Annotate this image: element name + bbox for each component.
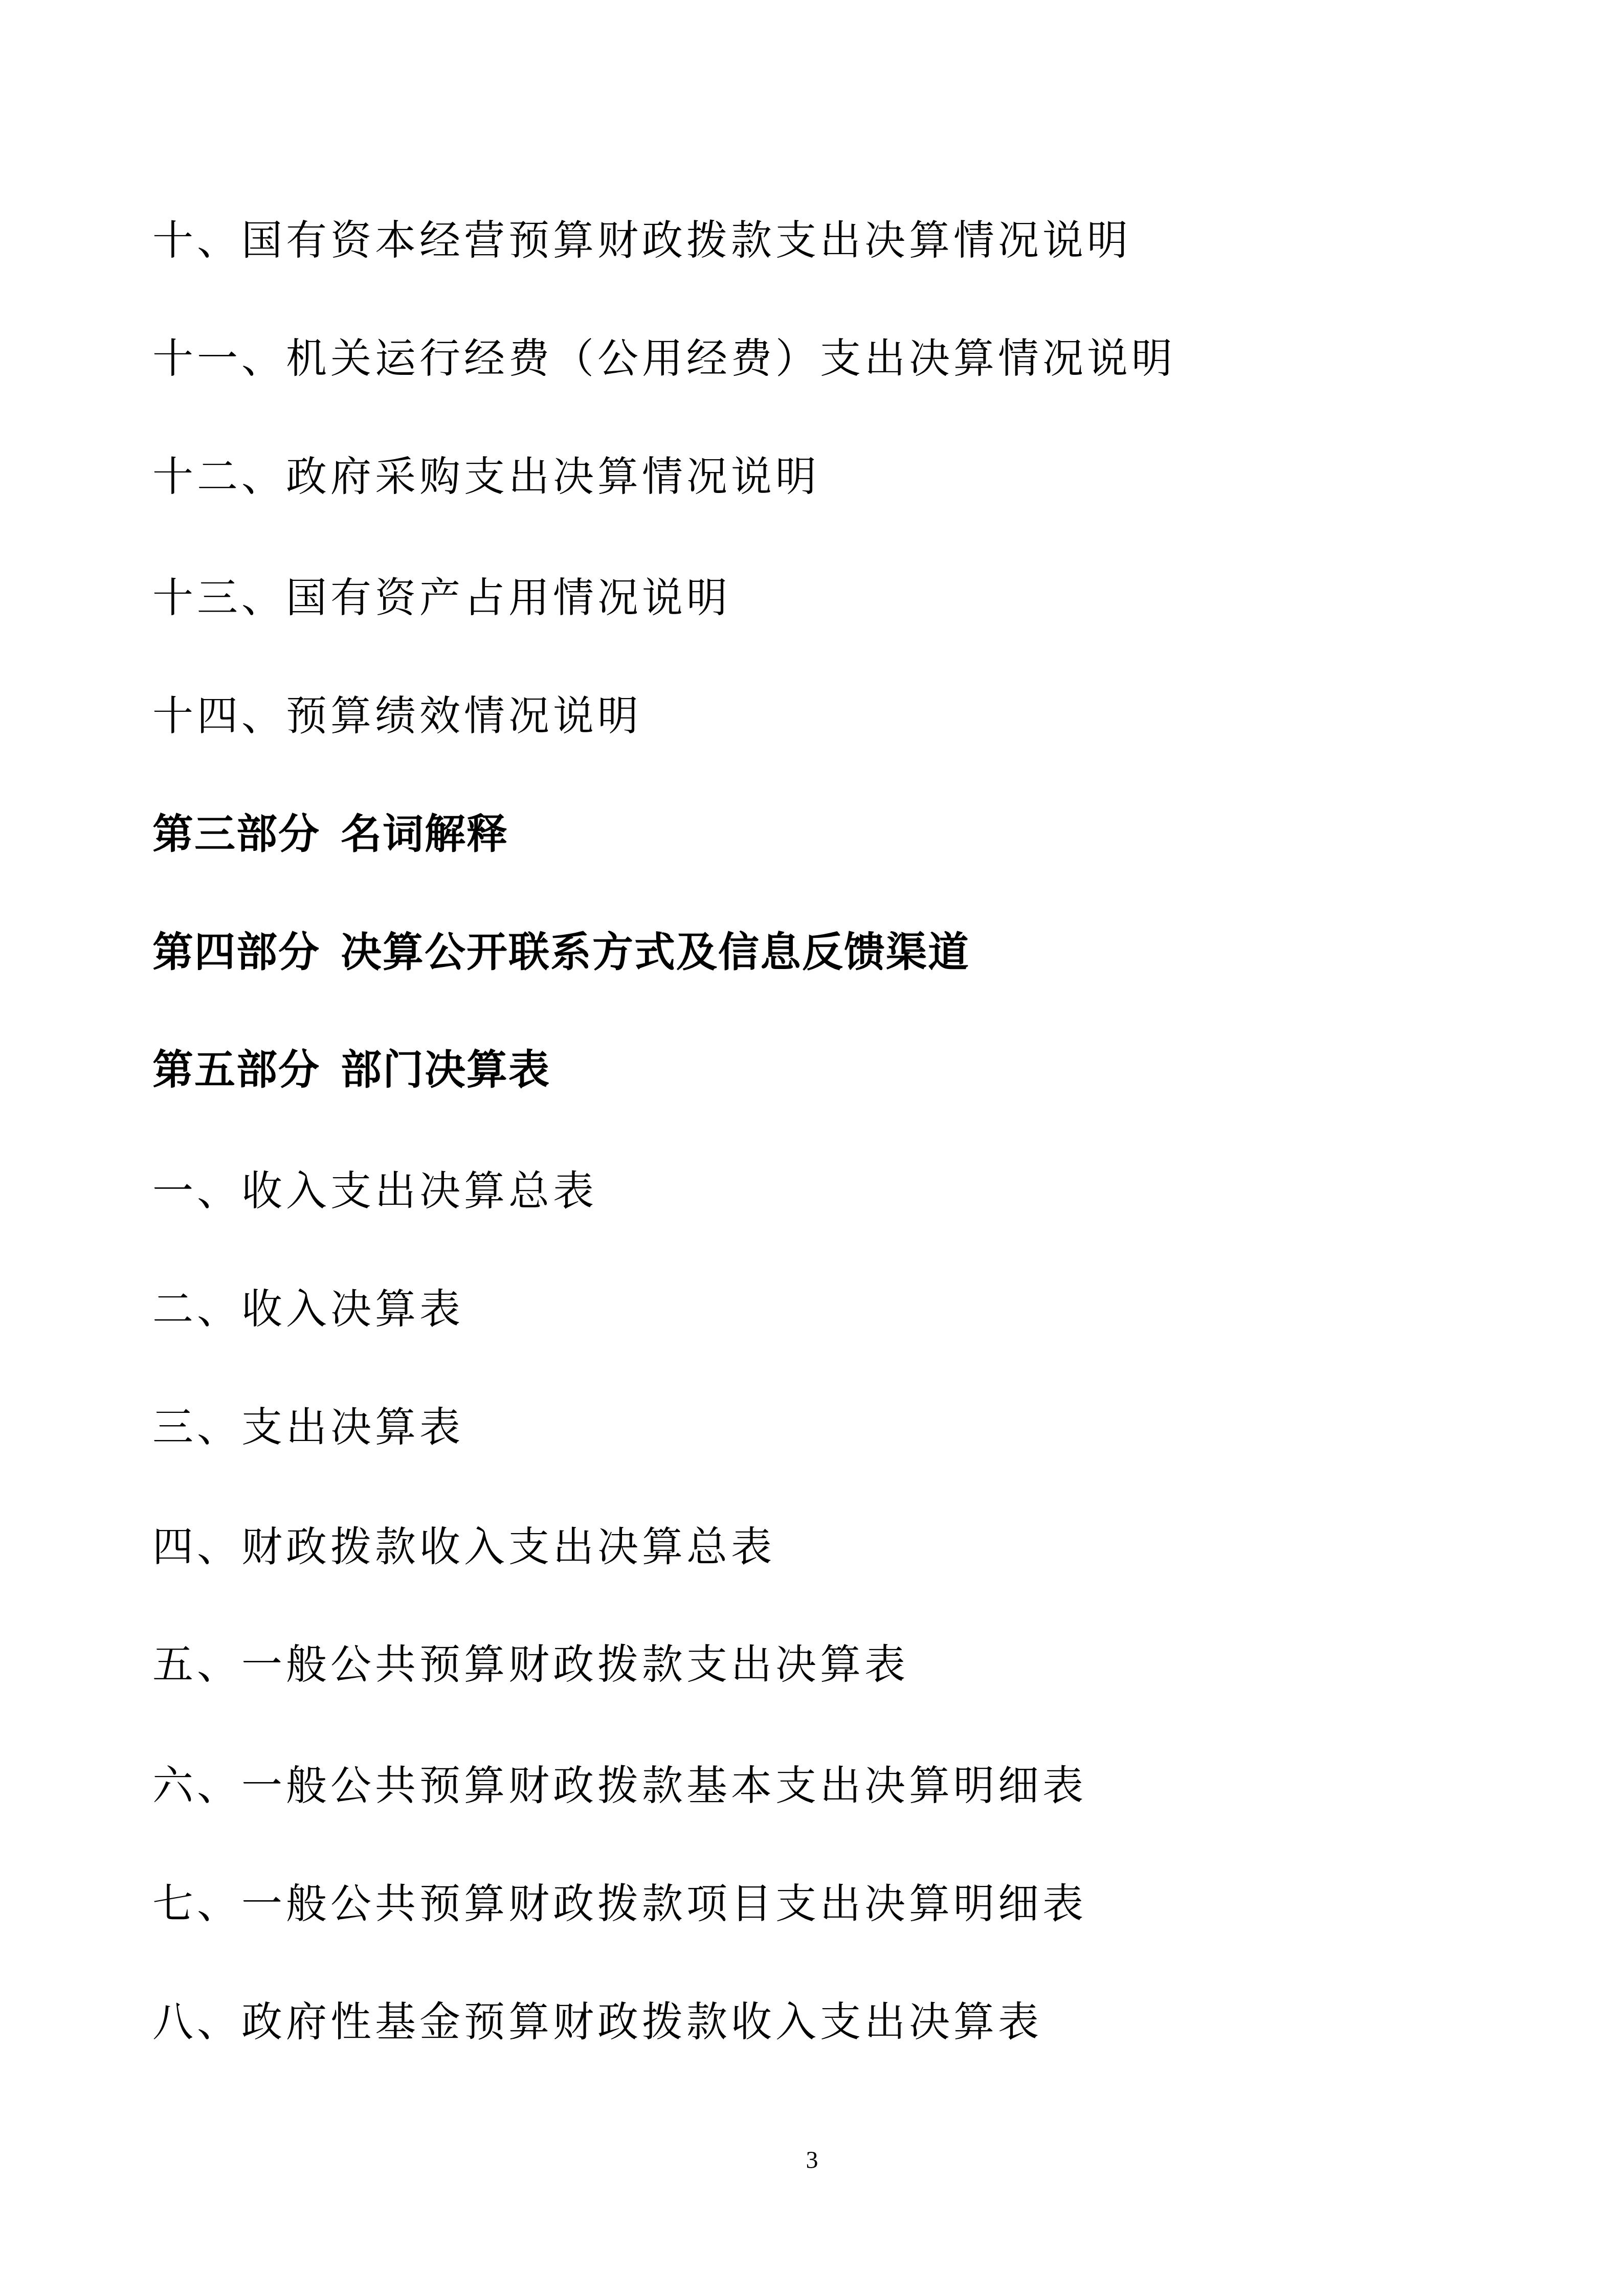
toc-item-income-expenditure-summary[interactable]: 一、收入支出决算总表 (152, 1165, 597, 1217)
toc-item-operating-expenses[interactable]: 十一、机关运行经费（公用经费）支出决算情况说明 (152, 333, 1176, 384)
toc-heading-part-four[interactable]: 第四部分决算公开联系方式及信息反馈渠道 (152, 927, 970, 978)
toc-item-expenditure-table[interactable]: 三、支出决算表 (152, 1402, 464, 1453)
part-label: 第三部分 (152, 808, 320, 860)
part-label: 第四部分 (152, 927, 320, 978)
document-page: 十、国有资本经营预算财政拨款支出决算情况说明 十一、机关运行经费（公用经费）支出… (0, 0, 1624, 2296)
toc-item-general-budget-expenditure[interactable]: 五、一般公共预算财政拨款支出决算表 (152, 1639, 909, 1690)
toc-item-government-fund-budget[interactable]: 八、政府性基金预算财政拨款收入支出决算表 (152, 1996, 1042, 2047)
toc-item-state-capital-budget[interactable]: 十、国有资本经营预算财政拨款支出决算情况说明 (152, 215, 1131, 266)
toc-item-project-expenditure-detail[interactable]: 七、一般公共预算财政拨款项目支出决算明细表 (152, 1878, 1087, 1929)
toc-item-income-table[interactable]: 二、收入决算表 (152, 1284, 464, 1335)
part-label: 第五部分 (152, 1044, 320, 1095)
part-title: 决算公开联系方式及信息反馈渠道 (341, 928, 970, 976)
toc-heading-part-three[interactable]: 第三部分名词解释 (152, 808, 508, 860)
part-title: 部门决算表 (341, 1046, 550, 1093)
part-title: 名词解释 (341, 810, 508, 858)
toc-item-budget-performance[interactable]: 十四、预算绩效情况说明 (152, 690, 642, 741)
page-number: 3 (0, 2145, 1624, 2176)
toc-item-government-procurement[interactable]: 十二、政府采购支出决算情况说明 (152, 451, 820, 502)
toc-heading-part-five[interactable]: 第五部分部门决算表 (152, 1044, 550, 1095)
toc-item-state-assets[interactable]: 十三、国有资产占用情况说明 (152, 572, 731, 623)
toc-item-basic-expenditure-detail[interactable]: 六、一般公共预算财政拨款基本支出决算明细表 (152, 1760, 1087, 1811)
toc-item-fiscal-appropriation-summary[interactable]: 四、财政拨款收入支出决算总表 (152, 1521, 775, 1572)
